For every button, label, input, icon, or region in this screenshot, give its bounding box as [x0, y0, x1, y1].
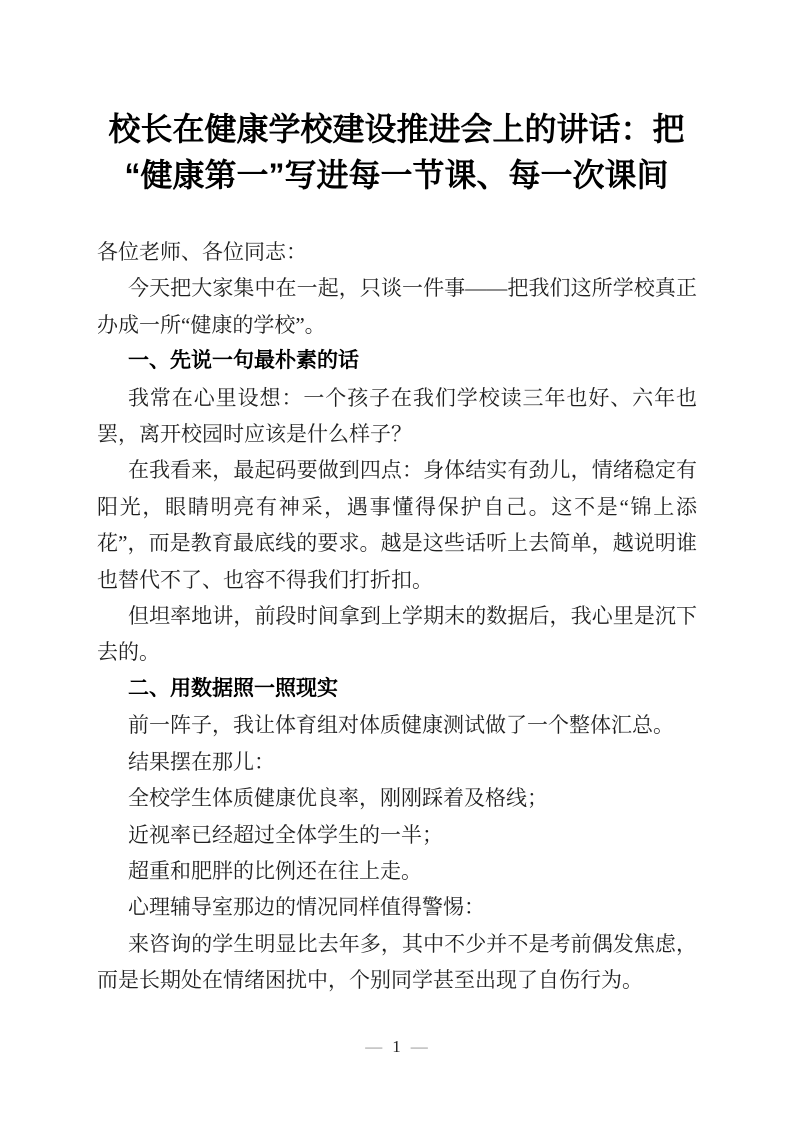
footer-dash-right: — [411, 1037, 428, 1056]
paragraph: 但坦率地讲，前段时间拿到上学期末的数据后，我心里是沉下去的。 [97, 598, 697, 671]
footer-dash-left: — [365, 1037, 382, 1056]
salutation: 各位老师、各位同志： [97, 234, 697, 270]
paragraph: 全校学生体质健康优良率，刚刚踩着及格线； [97, 780, 697, 816]
document-page: 校长在健康学校建设推进会上的讲话：把 “健康第一”写进每一节课、每一次课间 各位… [0, 0, 793, 1122]
title-line-1: 校长在健康学校建设推进会上的讲话：把 [55, 106, 738, 152]
document-body: 各位老师、各位同志： 今天把大家集中在一起，只谈一件事——把我们这所学校真正办成… [97, 234, 697, 999]
paragraph: 近视率已经超过全体学生的一半； [97, 817, 697, 853]
page-number: 1 [392, 1037, 401, 1056]
section-heading-1: 一、先说一句最朴素的话 [97, 343, 697, 379]
paragraph: 在我看来，最起码要做到四点：身体结实有劲儿，情绪稳定有阳光，眼睛明亮有神采，遇事… [97, 452, 697, 598]
document-title: 校长在健康学校建设推进会上的讲话：把 “健康第一”写进每一节课、每一次课间 [55, 106, 738, 198]
page-footer: —1— [0, 1036, 793, 1058]
paragraph: 前一阵子，我让体育组对体质健康测试做了一个整体汇总。 [97, 707, 697, 743]
paragraph: 我常在心里设想：一个孩子在我们学校读三年也好、六年也罢，离开校园时应该是什么样子… [97, 380, 697, 453]
paragraph-intro: 今天把大家集中在一起，只谈一件事——把我们这所学校真正办成一所“健康的学校”。 [97, 270, 697, 343]
title-line-2: “健康第一”写进每一节课、每一次课间 [55, 152, 738, 198]
paragraph: 来咨询的学生明显比去年多，其中不少并不是考前偶发焦虑，而是长期处在情绪困扰中，个… [97, 926, 697, 999]
paragraph: 心理辅导室那边的情况同样值得警惕： [97, 889, 697, 925]
paragraph: 结果摆在那儿： [97, 744, 697, 780]
section-heading-2: 二、用数据照一照现实 [97, 671, 697, 707]
paragraph: 超重和肥胖的比例还在往上走。 [97, 853, 697, 889]
